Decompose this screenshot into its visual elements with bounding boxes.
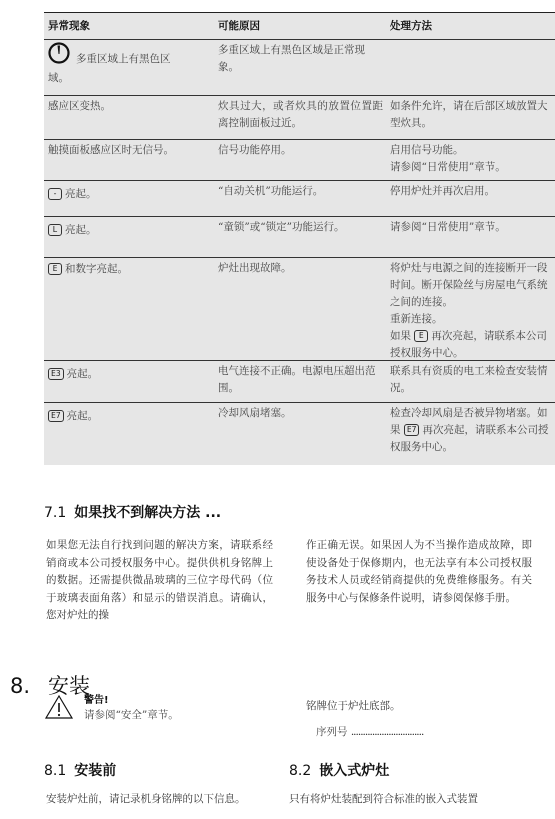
warning-triangle-icon bbox=[44, 694, 74, 724]
cause-text: “童锁”或“锁定”功能运行。 bbox=[214, 217, 386, 257]
solution-text: 请参阅“日常使用”章节。 bbox=[386, 217, 555, 257]
cause-text: “自动关机”功能运行。 bbox=[214, 181, 386, 216]
rating-plate-text: 铭牌位于炉灶底部。 bbox=[306, 698, 401, 716]
symptom-text: 触摸面板感应区时无信号。 bbox=[44, 140, 214, 180]
warning-box: 警告! 请参阅“安全”章节。 bbox=[44, 694, 179, 724]
cause-text: 电气连接不正确。电源电压超出范围。 bbox=[214, 361, 386, 402]
symptom-text: 多重区域上有黑色区 bbox=[76, 53, 171, 65]
solution-text bbox=[386, 40, 555, 95]
warning-title: 警告! bbox=[84, 694, 179, 708]
display-code-error-icon: E bbox=[414, 330, 428, 342]
display-code-e7-icon: E7 bbox=[48, 410, 64, 422]
troubleshooting-table: 异常现象 可能原因 处理方法 多重区域上有黑色区 域。 多重区域上有黑色区域是正… bbox=[44, 12, 555, 465]
section-7-1-text-col1: 如果您无法自行找到问题的解决方案，请联系经销商或本公司授权服务中心。提供供机身铭… bbox=[46, 537, 273, 625]
table-row: E和数字亮起。 炉灶出现故障。 将炉灶与电源之间的连接断开一段时间。断开保险丝与… bbox=[44, 258, 555, 361]
solution-line: 将炉灶与电源之间的连接断开一段时间。断开保险丝与房屋电气系统之间的连接。 bbox=[390, 260, 552, 311]
section-7-1-text-col2: 作正确无误。如果因人为不当操作造成故障，即使设备处于保修期内，也无法享有本公司授… bbox=[306, 537, 532, 607]
solution-text: 停用炉灶并再次启用。 bbox=[386, 181, 555, 216]
solution-line: 请参阅“日常使用”章节。 bbox=[390, 159, 552, 176]
table-row: 感应区变热。 炊具过大，或者炊具的放置位置距离控制面板过近。 如条件允许，请在后… bbox=[44, 96, 555, 140]
cause-text: 多重区域上有黑色区域是正常现象。 bbox=[214, 40, 386, 95]
serial-number-blank: ............................... bbox=[351, 726, 423, 738]
table-row: 触摸面板感应区时无信号。 信号功能停用。 启用信号功能。 请参阅“日常使用”章节… bbox=[44, 140, 555, 181]
section-8-2-heading: 8.2嵌入式炉灶 bbox=[289, 760, 389, 780]
solution-line: 重新连接。 bbox=[390, 311, 552, 328]
cause-text: 炉灶出现故障。 bbox=[214, 258, 386, 360]
section-8-2-text: 只有将炉灶装配到符合标准的嵌入式装置 bbox=[289, 791, 555, 809]
cause-text: 信号功能停用。 bbox=[214, 140, 386, 180]
cause-text: 冷却风扇堵塞。 bbox=[214, 403, 386, 465]
table-row: E7亮起。 冷却风扇堵塞。 检查冷却风扇是否被异物堵塞。如果 E7再次亮起，请联… bbox=[44, 403, 555, 465]
display-code-error-icon: E bbox=[48, 263, 62, 275]
solution-text: 联系具有资质的电工来检查安装情况。 bbox=[386, 361, 555, 402]
serial-number-field: 序列号 ............................... bbox=[316, 724, 423, 739]
table-row: E3亮起。 电气连接不正确。电源电压超出范围。 联系具有资质的电工来检查安装情况… bbox=[44, 361, 555, 403]
display-code-dash-icon: - bbox=[48, 188, 62, 200]
section-7-1-heading: 7.1如果找不到解决方法 ... bbox=[44, 502, 221, 522]
solution-line: 启用信号功能。 bbox=[390, 142, 552, 159]
cause-text: 炊具过大，或者炊具的放置位置距离控制面板过近。 bbox=[214, 96, 386, 139]
section-8-1-text: 安装炉灶前，请记录机身铭牌的以下信息。 bbox=[46, 791, 286, 809]
warning-text: 请参阅“安全”章节。 bbox=[84, 708, 179, 722]
table-row: 多重区域上有黑色区 域。 多重区域上有黑色区域是正常现象。 bbox=[44, 40, 555, 96]
symptom-text: 感应区变热。 bbox=[44, 96, 214, 139]
display-code-e3-icon: E3 bbox=[48, 368, 64, 380]
header-cause: 可能原因 bbox=[214, 13, 386, 39]
timer-dial-icon bbox=[48, 42, 70, 70]
table-header-row: 异常现象 可能原因 处理方法 bbox=[44, 13, 555, 40]
table-row: L亮起。 “童锁”或“锁定”功能运行。 请参阅“日常使用”章节。 bbox=[44, 217, 555, 258]
solution-text: 如条件允许，请在后部区域放置大型炊具。 bbox=[386, 96, 555, 139]
table-row: -亮起。 “自动关机”功能运行。 停用炉灶并再次启用。 bbox=[44, 181, 555, 217]
display-code-e7-icon: E7 bbox=[404, 424, 420, 436]
header-solution: 处理方法 bbox=[386, 13, 555, 39]
header-symptom: 异常现象 bbox=[44, 13, 214, 39]
display-code-lock-icon: L bbox=[48, 224, 62, 236]
section-8-1-heading: 8.1安装前 bbox=[44, 760, 116, 780]
